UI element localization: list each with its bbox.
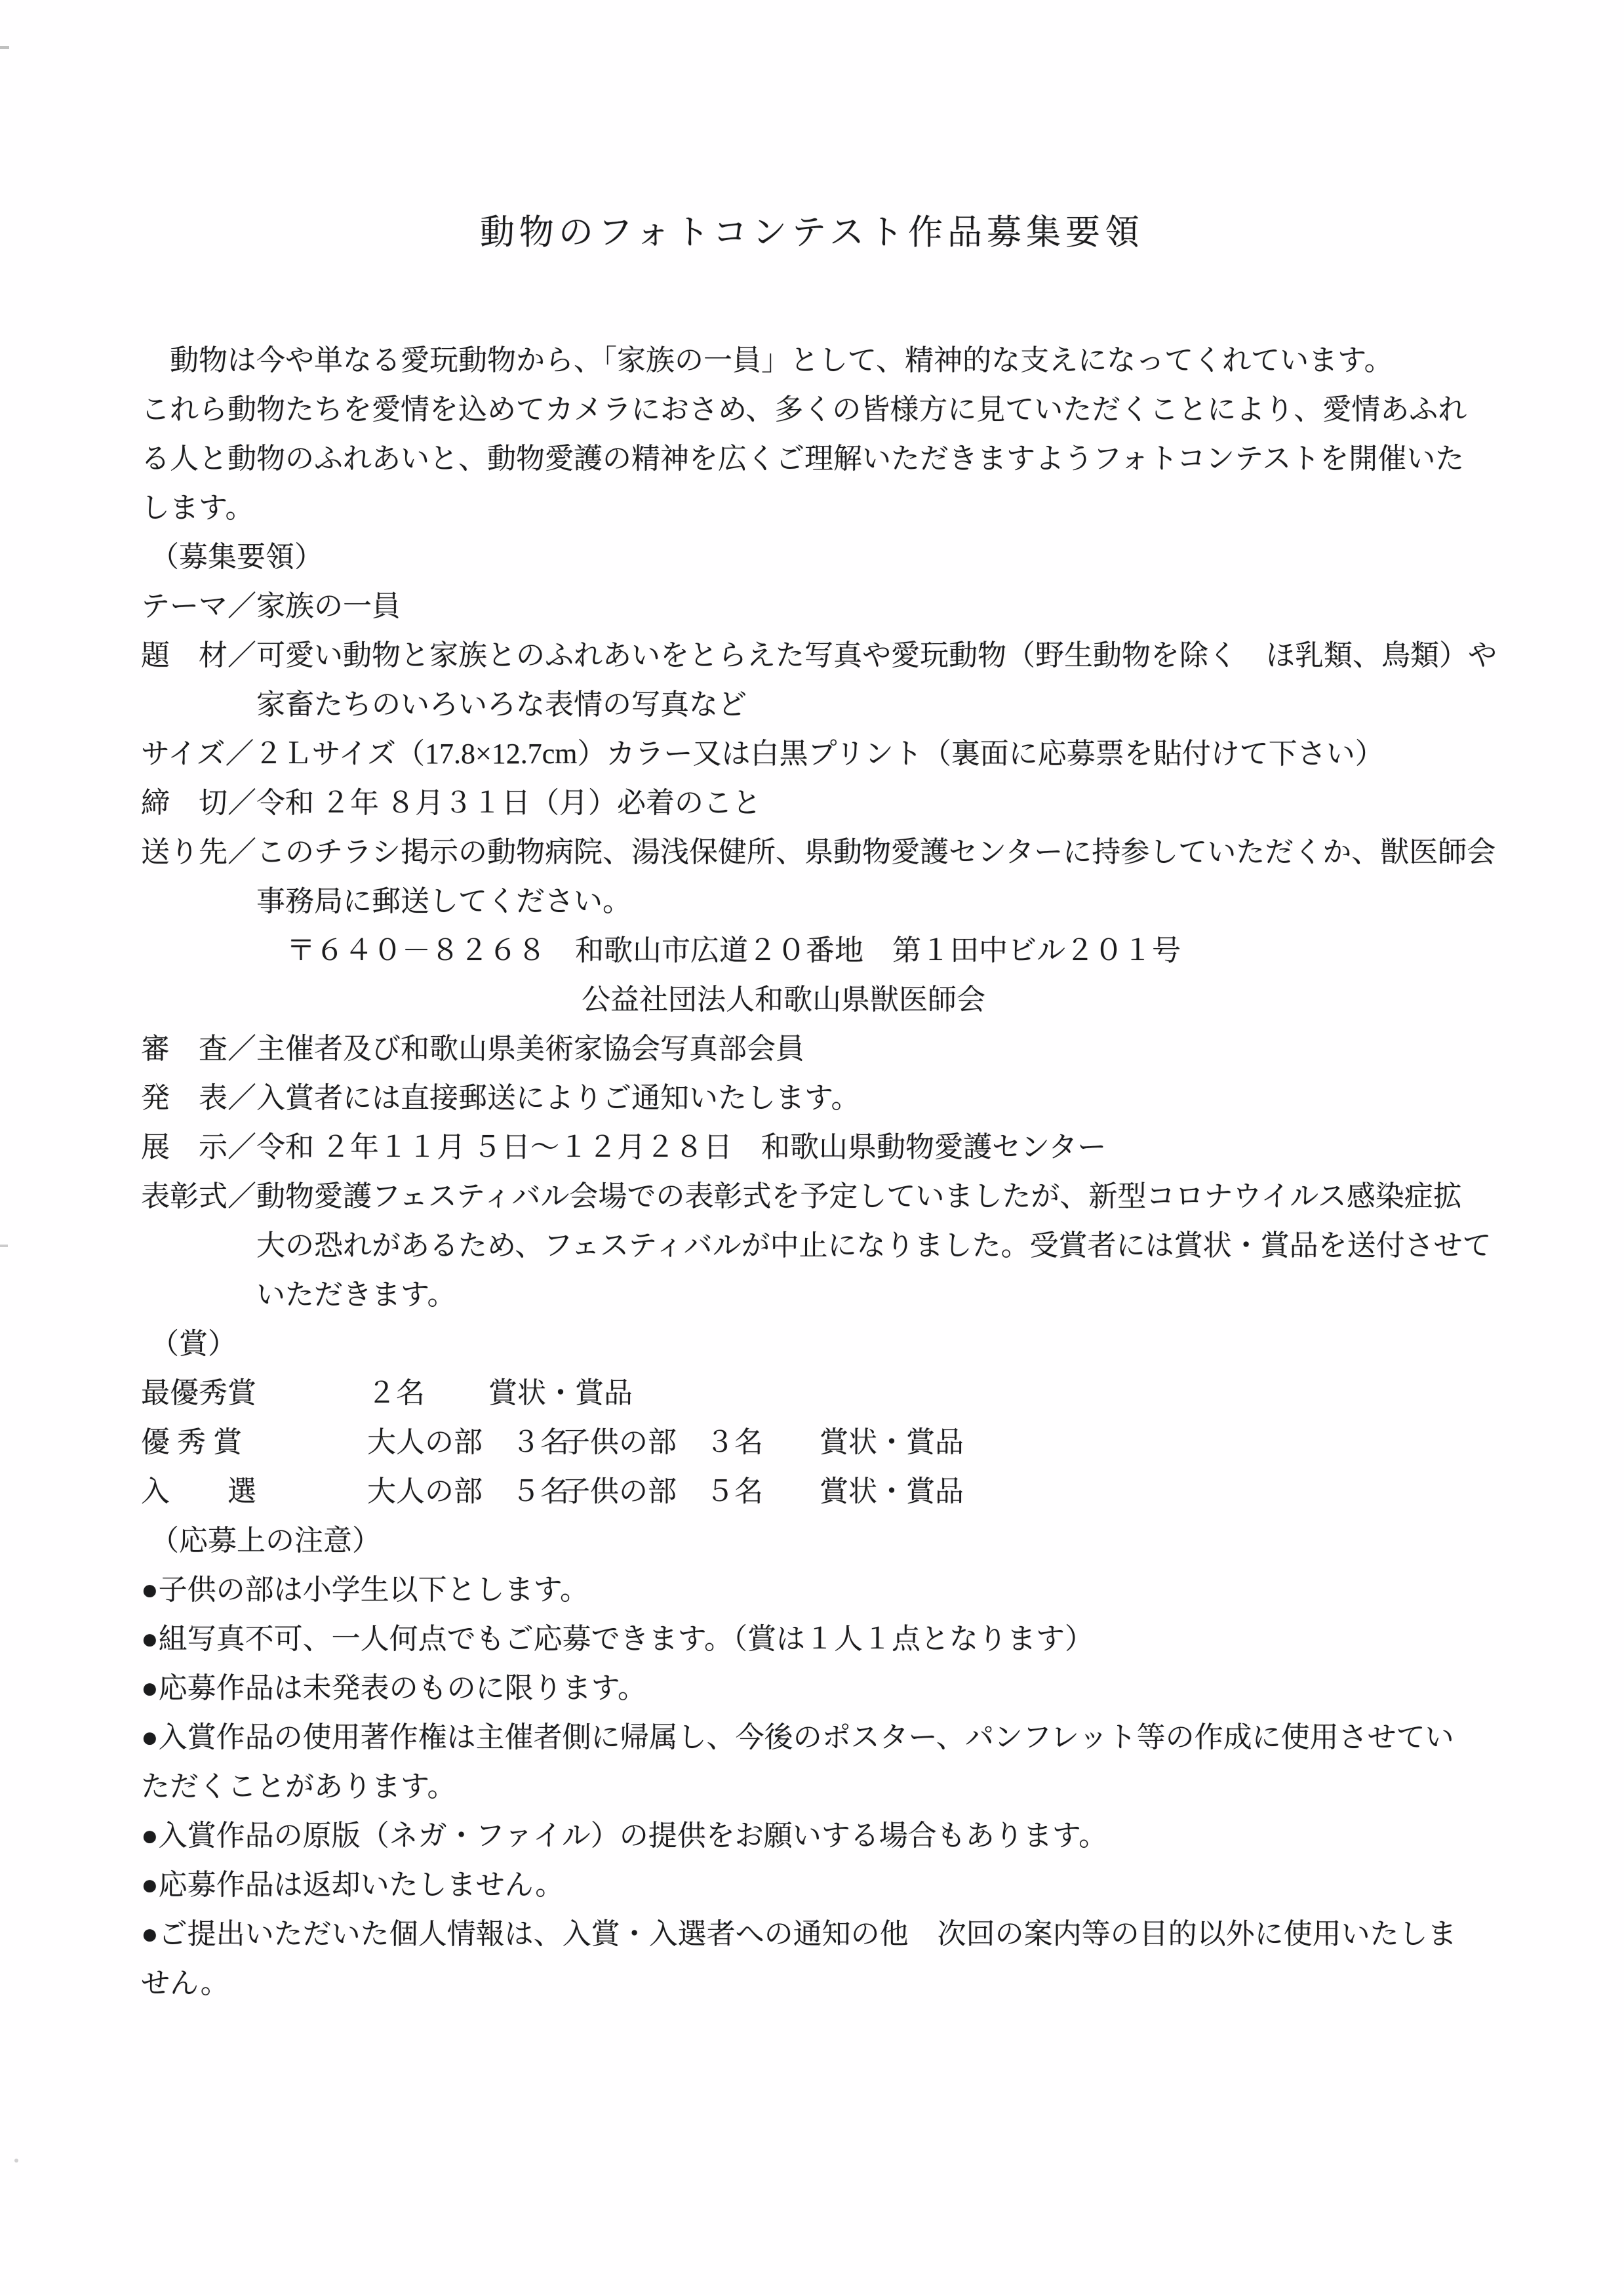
guideline-subject-continuation: 家畜たちのいろいろな表情の写真など — [141, 680, 1505, 729]
guideline-theme: テーマ／家族の一員 — [141, 582, 1505, 631]
note-item: ●組写真不可、一人何点でもご応募できます。（賞は１人１点となります） — [141, 1614, 1505, 1664]
section-heading-awards: （賞） — [141, 1319, 1505, 1368]
note-item: ●子供の部は小学生以下とします。 — [141, 1565, 1505, 1614]
note-item: ●応募作品は返却いたしません。 — [141, 1860, 1505, 1909]
scanned-document-page: 動物のフォトコンテスト作品募集要領 動物は今や単なる愛玩動物から、「家族の一員」… — [0, 0, 1624, 2295]
intro-line: 動物は今や単なる愛玩動物から、「家族の一員」として、精神的な支えになってくれてい… — [141, 336, 1505, 385]
guideline-ceremony-continuation: いただきます。 — [141, 1270, 1505, 1319]
note-item-continuation: ただくことがあります。 — [141, 1762, 1505, 1811]
guideline-announcement: 発 表／入賞者には直接郵送によりご通知いたします。 — [141, 1073, 1505, 1123]
document-body: 動物は今や単なる愛玩動物から、「家族の一員」として、精神的な支えになってくれてい… — [141, 336, 1505, 2008]
award-name: 入 選 — [141, 1467, 367, 1516]
guideline-judging: 審 査／主催者及び和歌山県美術家協会写真部会員 — [141, 1024, 1505, 1073]
award-count: ２名 — [367, 1368, 488, 1418]
award-name: 優 秀 賞 — [141, 1418, 367, 1467]
note-item: ●ご提出いただいた個人情報は、入賞・入選者への通知の他 次回の案内等の目的以外に… — [141, 1909, 1505, 1959]
guideline-deadline: 締 切／令和 ２年 ８月３１日（月）必着のこと — [141, 778, 1505, 828]
award-row: 最優秀賞 ２名 賞状・賞品 — [141, 1368, 1505, 1418]
guideline-ceremony: 表彰式／動物愛護フェスティバル会場での表彰式を予定していましたが、新型コロナウイ… — [141, 1172, 1505, 1221]
award-items: 賞状・賞品 — [820, 1467, 964, 1516]
document-title: 動物のフォトコンテスト作品募集要領 — [0, 205, 1624, 254]
award-items: 賞状・賞品 — [820, 1418, 964, 1467]
award-name: 最優秀賞 — [141, 1368, 367, 1418]
postal-address-line: 〒６４０－８２６８ 和歌山市広道２０番地 第１田中ビル２０１号 — [141, 926, 1505, 975]
organization-name-line: 公益社団法人和歌山県獣医師会 — [141, 975, 1505, 1024]
award-row: 入 選 大人の部 ５名 子供の部 ５名 賞状・賞品 — [141, 1467, 1505, 1516]
guideline-destination: 送り先／このチラシ掲示の動物病院、湯浅保健所、県動物愛護センターに持参していただ… — [141, 828, 1505, 877]
section-heading-notes: （応募上の注意） — [141, 1516, 1505, 1565]
note-item-continuation: せん。 — [141, 1959, 1505, 2008]
guideline-exhibition: 展 示／令和 ２年１１月 ５日～１２月２８日 和歌山県動物愛護センター — [141, 1123, 1505, 1172]
guideline-destination-continuation: 事務局に郵送してください。 — [141, 877, 1505, 926]
award-adult-count: 大人の部 ５名 — [367, 1467, 561, 1516]
award-adult-count: 大人の部 ３名 — [367, 1418, 561, 1467]
guideline-ceremony-continuation: 大の恐れがあるため、フェスティバルが中止になりました。受賞者には賞状・賞品を送付… — [141, 1221, 1505, 1270]
intro-line: これら動物たちを愛情を込めてカメラにおさめ、多くの皆様方に見ていただくことにより… — [141, 385, 1505, 434]
award-row: 優 秀 賞 大人の部 ３名 子供の部 ３名 賞状・賞品 — [141, 1418, 1505, 1467]
intro-line: します。 — [141, 483, 1505, 532]
intro-line: る人と動物のふれあいと、動物愛護の精神を広くご理解いただきますようフォトコンテス… — [141, 434, 1505, 483]
award-child-count: 子供の部 ５名 — [561, 1467, 820, 1516]
scan-artifact — [14, 2159, 18, 2163]
guideline-subject: 題 材／可愛い動物と家族とのふれあいをとらえた写真や愛玩動物（野生動物を除く ほ… — [141, 631, 1505, 680]
section-heading-guidelines: （募集要領） — [141, 532, 1505, 582]
scan-artifact — [0, 46, 9, 49]
award-items: 賞状・賞品 — [488, 1368, 633, 1418]
award-child-count: 子供の部 ３名 — [561, 1418, 820, 1467]
note-item: ●入賞作品の原版（ネガ・ファイル）の提供をお願いする場合もあります。 — [141, 1811, 1505, 1860]
note-item: ●応募作品は未発表のものに限ります。 — [141, 1664, 1505, 1713]
guideline-size: サイズ／２Ｌサイズ（17.8×12.7cm）カラー又は白黒プリント（裏面に応募票… — [141, 729, 1505, 778]
note-item: ●入賞作品の使用著作権は主催者側に帰属し、今後のポスター、パンフレット等の作成に… — [141, 1713, 1505, 1762]
scan-artifact — [0, 1245, 8, 1247]
